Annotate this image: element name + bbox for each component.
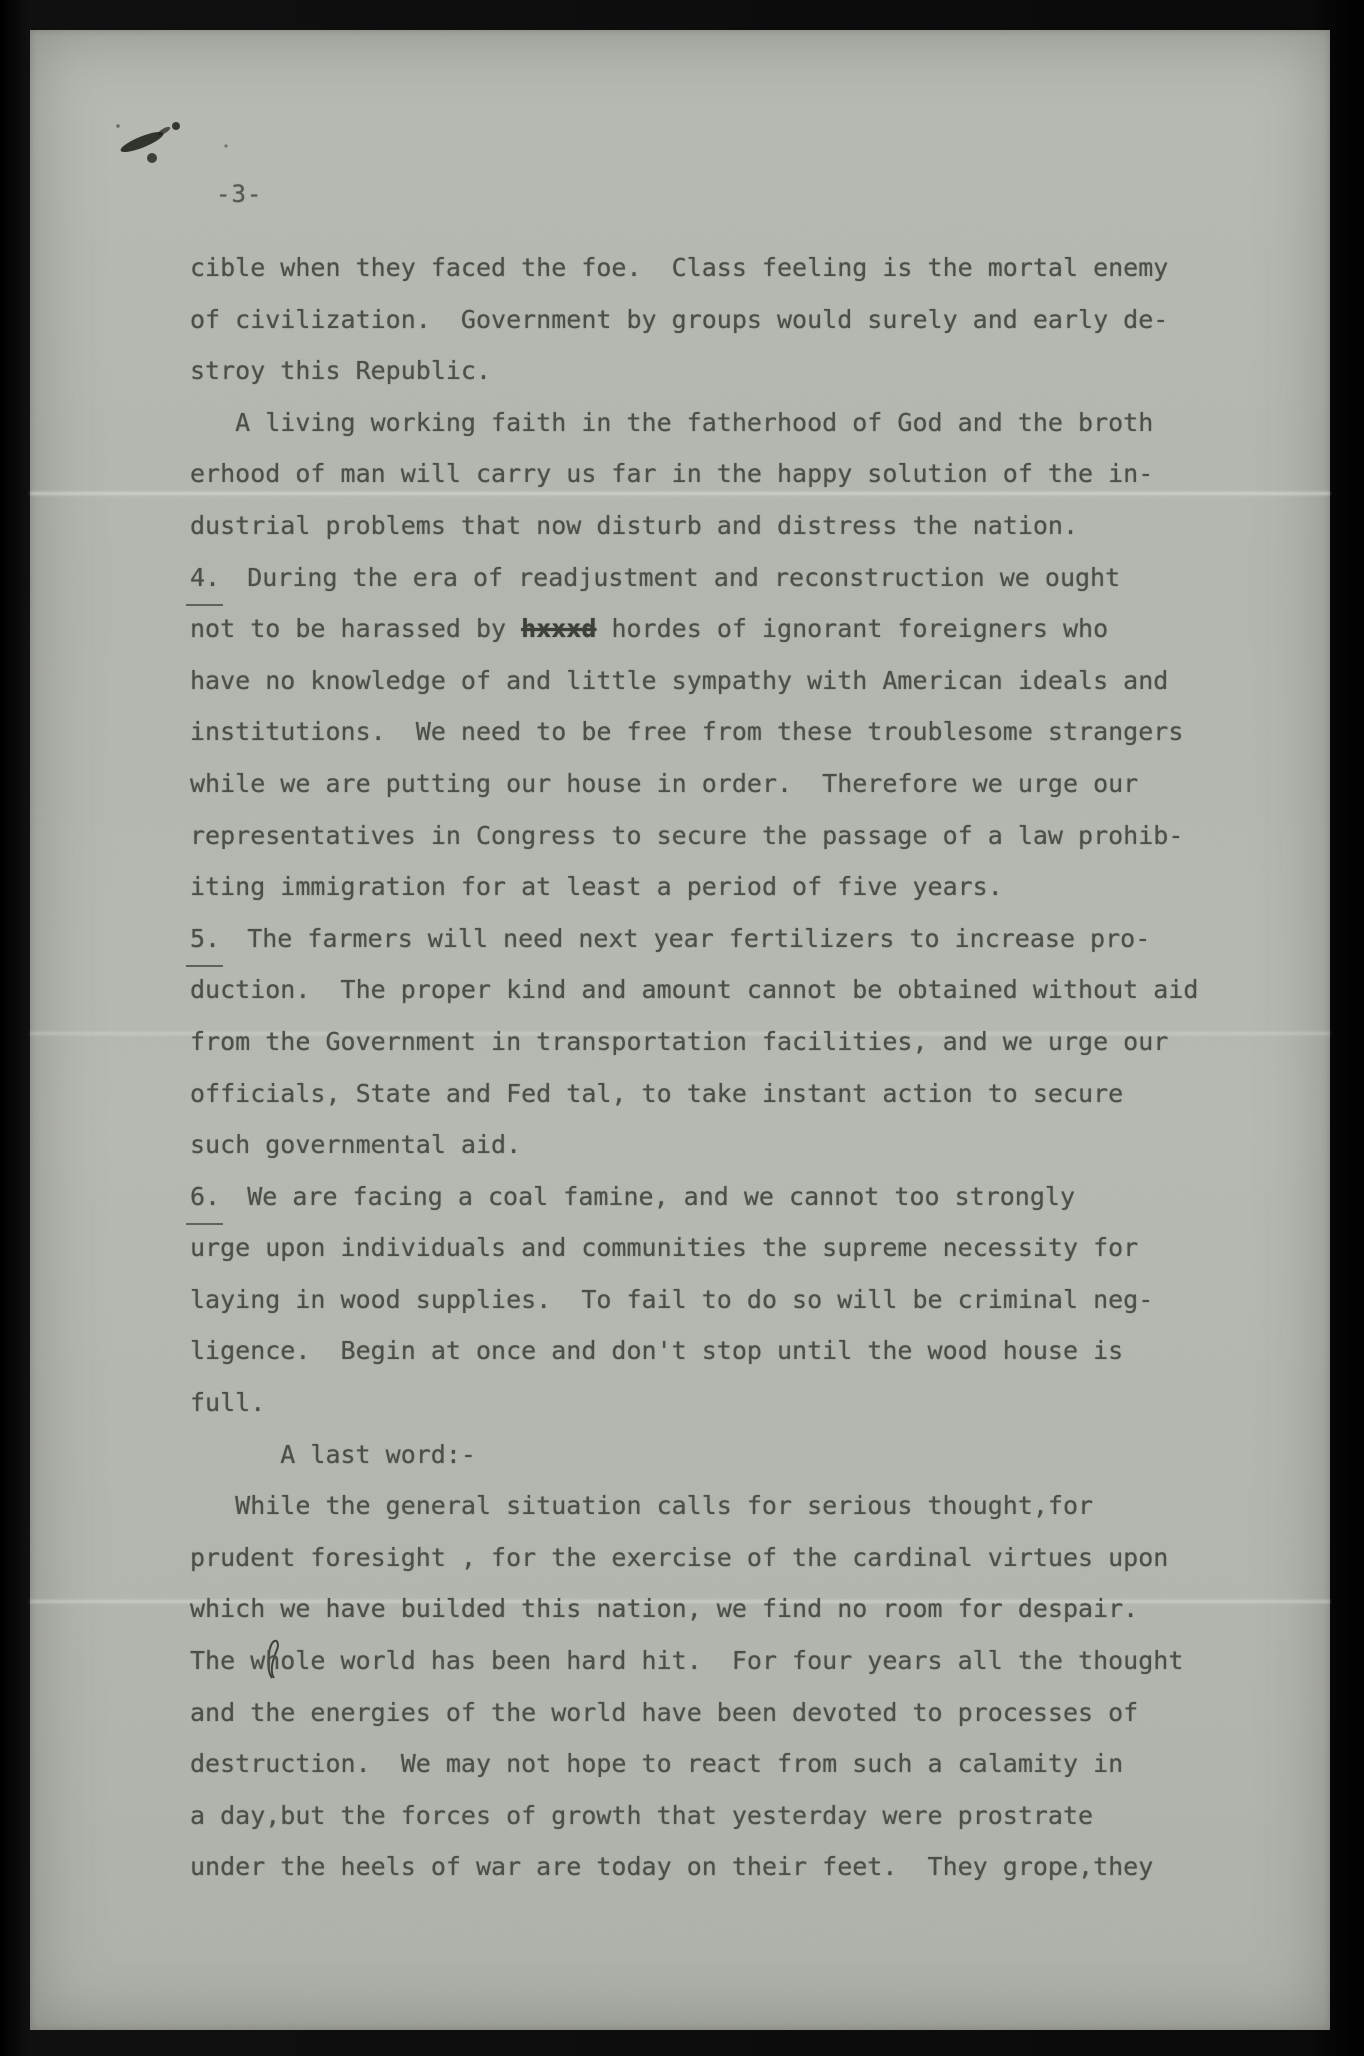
text-line: 6.We are facing a coal famine, and we ca… (190, 1171, 1290, 1223)
text-line: not to be harassed by hxxxd hordes of ig… (190, 603, 1290, 655)
text-block: cible when they faced the foe. Class fee… (190, 242, 1290, 1893)
text-line: have no knowledge of and little sympathy… (190, 655, 1290, 707)
text-line: laying in wood supplies. To fail to do s… (190, 1274, 1290, 1326)
text-line: institutions. We need to be free from th… (190, 706, 1290, 758)
document-page: -3- cible when they faced the foe. Class… (30, 30, 1330, 2030)
text-line: destruction. We may not hope to react fr… (190, 1738, 1290, 1790)
text-line: officials, State and Fed tal, to take in… (190, 1068, 1290, 1120)
text-line: a day,but the forces of growth that yest… (190, 1790, 1290, 1842)
text-line: erhood of man will carry us far in the h… (190, 448, 1290, 500)
text-line: cible when they faced the foe. Class fee… (190, 242, 1290, 294)
text-line: and the energies of the world have been … (190, 1687, 1290, 1739)
text-line: dustrial problems that now disturb and d… (190, 500, 1290, 552)
struck-out-word: hxxxd (521, 614, 596, 643)
text-line: 5.The farmers will need next year fertil… (190, 913, 1290, 965)
text-line: duction. The proper kind and amount cann… (190, 964, 1290, 1016)
text-line: iting immigration for at least a period … (190, 861, 1290, 913)
text-line: full. (190, 1377, 1290, 1429)
text-line: from the Government in transportation fa… (190, 1016, 1290, 1068)
text-line: 4.During the era of readjustment and rec… (190, 552, 1290, 604)
text-line: representatives in Congress to secure th… (190, 810, 1290, 862)
text-line: ligence. Begin at once and don't stop un… (190, 1325, 1290, 1377)
item-number: 6. (186, 1171, 223, 1226)
text-line: under the heels of war are today on thei… (190, 1841, 1290, 1893)
text-line: While the general situation calls for se… (190, 1480, 1290, 1532)
text-line: of civilization. Government by groups wo… (190, 294, 1290, 346)
item-number: 4. (186, 552, 223, 607)
text-line: stroy this Republic. (190, 345, 1290, 397)
text-line: A last word:- (190, 1429, 1290, 1481)
text-line: such governmental aid. (190, 1119, 1290, 1171)
text-line: The whole world has been hard hit. For f… (190, 1635, 1290, 1687)
page-number: -3- (216, 180, 262, 208)
text-line: which we have builded this nation, we fi… (190, 1583, 1290, 1635)
text-line: A living working faith in the fatherhood… (190, 397, 1290, 449)
item-number: 5. (186, 913, 223, 968)
text-line: urge upon individuals and communities th… (190, 1222, 1290, 1274)
text-line: while we are putting our house in order.… (190, 758, 1290, 810)
text-line: prudent foresight , for the exercise of … (190, 1532, 1290, 1584)
